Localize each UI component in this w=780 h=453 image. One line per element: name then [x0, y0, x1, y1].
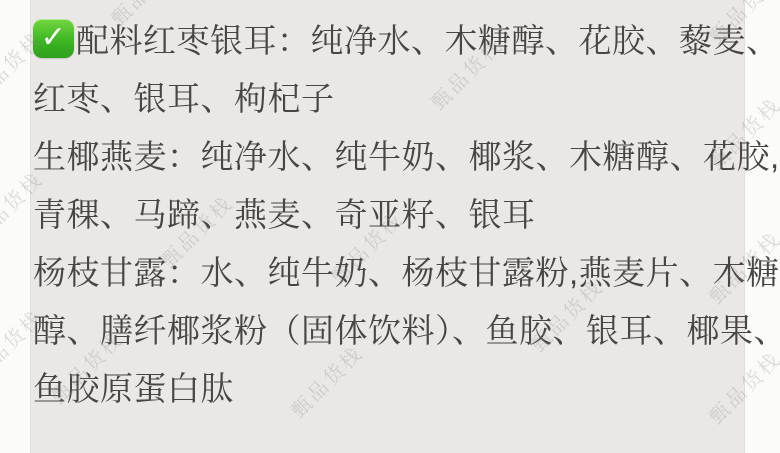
- ingredient-list-image: { "watermark": { "text": "甄品货栈" }, "cont…: [0, 0, 780, 453]
- ingredient-panel: ✓ 配料红枣银耳：纯净水、木糖醇、花胶、藜麦、 红枣、银耳、枸杞子 生椰燕麦：纯…: [30, 0, 745, 453]
- ingredient-text-block: ✓ 配料红枣银耳：纯净水、木糖醇、花胶、藜麦、 红枣、银耳、枸杞子 生椰燕麦：纯…: [33, 9, 745, 415]
- ingredient-line-3: 生椰燕麦：纯净水、纯牛奶、椰浆、木糖醇、花胶,: [33, 125, 745, 183]
- ingredient-line-6: 醇、膳纤椰浆粉（固体饮料）、鱼胶、银耳、椰果、: [33, 299, 745, 357]
- ingredient-line-2: 红枣、银耳、枸杞子: [33, 67, 745, 125]
- ingredient-line-1: ✓ 配料红枣银耳：纯净水、木糖醇、花胶、藜麦、: [33, 9, 745, 67]
- check-mark-emoji-icon: ✓: [33, 19, 74, 58]
- ingredient-line-7: 鱼胶原蛋白肽: [33, 357, 745, 415]
- ingredient-line-1-text: 配料红枣银耳：纯净水、木糖醇、花胶、藜麦、: [76, 15, 780, 62]
- ingredient-line-4: 青稞、马蹄、燕麦、奇亚籽、银耳: [33, 183, 745, 241]
- ingredient-line-5: 杨枝甘露：水、纯牛奶、杨枝甘露粉,燕麦片、木糖: [33, 241, 745, 299]
